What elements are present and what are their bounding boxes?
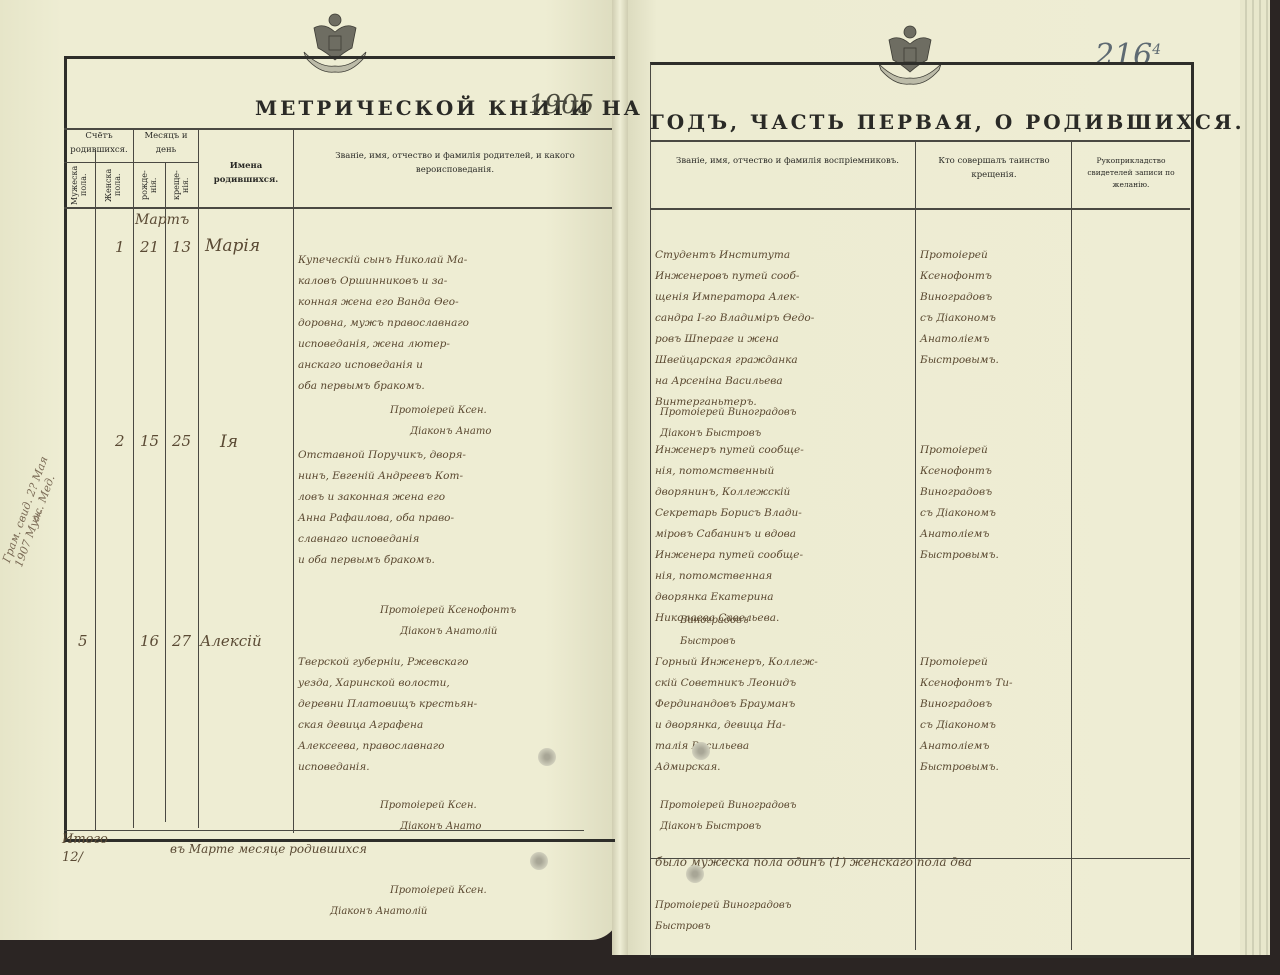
signature: Діаконъ Быстровъ bbox=[660, 816, 860, 837]
text-line: Виноградовъ bbox=[920, 287, 1070, 308]
header-count-group: Счётъ родившихся. bbox=[66, 130, 132, 157]
text-line: Швейцарская гражданка bbox=[655, 350, 913, 371]
header-count-female: Женска пола. bbox=[104, 165, 122, 205]
signature: Протоіерей Ксен. bbox=[390, 400, 590, 421]
open-register-book: 2164 МЕТРИЧЕСКОЙ КНИГИ НА 1905 ГОДЪ, ЧАС… bbox=[0, 0, 1280, 975]
entry-3-birth-day: 16 bbox=[140, 632, 159, 650]
header-names: Имена родившихся. bbox=[200, 160, 292, 187]
signature: Протоіерей Ксен. bbox=[380, 795, 600, 816]
text-line: на Арсеніна Васильева bbox=[655, 371, 913, 392]
text-line: Алексеева, православнаго bbox=[298, 736, 608, 757]
text-line: Тверской губерніи, Ржевскаго bbox=[298, 652, 608, 673]
header-top-rule bbox=[650, 140, 1190, 142]
text-line: міровъ Сабанинъ и вдова bbox=[655, 524, 913, 545]
text-line: Горный Инженеръ, Коллеж- bbox=[655, 652, 913, 673]
text-line: дворянка Екатерина bbox=[655, 587, 913, 608]
entry-2-birth-day: 15 bbox=[140, 432, 159, 450]
text-line: и дворянка, девица На- bbox=[655, 715, 913, 736]
entry-1-count: 1 bbox=[115, 238, 125, 256]
month-label: Мартъ bbox=[135, 212, 189, 228]
text-line: нинъ, Евгеній Андреевъ Кот- bbox=[298, 466, 608, 487]
entry-2-count: 2 bbox=[115, 432, 125, 450]
col-divider bbox=[95, 150, 96, 830]
totals-text-left: въ Марте месяце родившихся bbox=[170, 842, 367, 856]
header-signatures: Рукоприкладство свидетелей записи по жел… bbox=[1073, 155, 1189, 191]
text-line: Анна Рафаилова, оба право- bbox=[298, 508, 608, 529]
entry-3-godparent-signatures: Протоіерей Виноградовъ Діаконъ Быстровъ bbox=[660, 795, 860, 837]
header-parents: Званіе, имя, отчество и фамилія родителе… bbox=[300, 150, 610, 177]
binding-hole bbox=[538, 748, 556, 766]
entry-3-godparents: Горный Инженеръ, Коллеж- скій Советникъ … bbox=[655, 652, 913, 778]
text-line: Купеческій сынъ Николай Ма- bbox=[298, 250, 608, 271]
page-number-suffix: 4 bbox=[1152, 42, 1161, 58]
col-divider bbox=[915, 140, 916, 950]
text-line: доровна, мужъ православнаго bbox=[298, 313, 608, 334]
entry-2-officiant: Протоіерей Ксенофонтъ Виноградовъ съ Діа… bbox=[920, 440, 1070, 566]
signature: Виноградовъ bbox=[680, 610, 880, 631]
entry-3-name: Алексій bbox=[200, 632, 262, 650]
text-line: дворянинъ, Коллежскій bbox=[655, 482, 913, 503]
text-line: Виноградовъ bbox=[920, 482, 1070, 503]
header-bottom-rule bbox=[64, 207, 612, 209]
entry-3-clergy-signatures: Протоіерей Ксен. Діаконъ Анато bbox=[380, 795, 600, 837]
text-line: Адмирская. bbox=[655, 757, 913, 778]
entry-1-parents: Купеческій сынъ Николай Ма- каловъ Оршин… bbox=[298, 250, 608, 397]
text-line: нія, потомственный bbox=[655, 461, 913, 482]
subheader-rule bbox=[64, 162, 198, 163]
entry-1-godparent-signatures: Протоіерей Виноградовъ Діаконъ Быстровъ bbox=[660, 402, 860, 444]
text-line: славнаго исповеданія bbox=[298, 529, 608, 550]
text-line: исповеданія. bbox=[298, 757, 608, 778]
text-line: анскаго исповеданія и bbox=[298, 355, 608, 376]
signature: Протоіерей Виноградовъ bbox=[655, 895, 855, 916]
text-line: Инженеровъ путей сооб- bbox=[655, 266, 913, 287]
text-line: съ Діакономъ bbox=[920, 308, 1070, 329]
signature: Протоіерей Виноградовъ bbox=[660, 795, 860, 816]
text-line: Ксенофонтъ bbox=[920, 266, 1070, 287]
text-line: уезда, Харинской волости, bbox=[298, 673, 608, 694]
entry-2-name: Ія bbox=[220, 432, 238, 452]
signature: Быстровъ bbox=[655, 916, 855, 937]
text-line: Протоіерей bbox=[920, 652, 1070, 673]
text-line: Анатоліемъ bbox=[920, 524, 1070, 545]
col-divider bbox=[133, 128, 134, 828]
text-line: конная жена его Ванда Өео- bbox=[298, 292, 608, 313]
text-line: Студентъ Института bbox=[655, 245, 913, 266]
binding-hole bbox=[692, 742, 710, 760]
totals-clergy-signatures: Протоіерей Ксен. Діаконъ Анатолій bbox=[330, 880, 590, 922]
text-line: ловъ и законная жена его bbox=[298, 487, 608, 508]
entry-2-parents: Отставной Поручикъ, дворя- нинъ, Евгеній… bbox=[298, 445, 608, 571]
entry-1-officiant: Протоіерей Ксенофонтъ Виноградовъ съ Діа… bbox=[920, 245, 1070, 371]
text-line: съ Діакономъ bbox=[920, 503, 1070, 524]
header-count-male: Мужеска пола. bbox=[70, 165, 88, 205]
entry-2-baptism-day: 25 bbox=[172, 432, 191, 450]
entry-3-count: 5 bbox=[78, 632, 88, 650]
totals-label: Итого bbox=[62, 832, 108, 847]
signature: Діаконъ Анатолій bbox=[330, 901, 590, 922]
signature: Протоіерей Ксен. bbox=[390, 880, 590, 901]
text-line: сандра I-го Владиміръ Өедо- bbox=[655, 308, 913, 329]
col-divider bbox=[165, 162, 166, 822]
entry-2-godparent-signatures: Виноградовъ Быстровъ bbox=[680, 610, 880, 652]
header-date-baptism: креще-нія. bbox=[172, 165, 190, 205]
text-line: ровъ Шпераге и жена bbox=[655, 329, 913, 350]
text-line: Секретарь Борисъ Влади- bbox=[655, 503, 913, 524]
entry-1-birth-day: 21 bbox=[140, 238, 159, 256]
text-line: Анатоліемъ bbox=[920, 329, 1070, 350]
entry-1-godparents: Студентъ Института Инженеровъ путей сооб… bbox=[655, 245, 913, 413]
text-line: щенія Императора Алек- bbox=[655, 287, 913, 308]
text-line: Ксенофонтъ bbox=[920, 461, 1070, 482]
text-line: ская девица Аграфена bbox=[298, 715, 608, 736]
signature: Діаконъ Анатолій bbox=[400, 621, 600, 642]
text-line: Анатоліемъ bbox=[920, 736, 1070, 757]
signature: Діаконъ Анато bbox=[410, 421, 590, 442]
signature: Протоіерей Ксенофонтъ bbox=[380, 600, 600, 621]
binding-hole bbox=[686, 865, 704, 883]
binding-hole bbox=[530, 852, 548, 870]
text-line: Отставной Поручикъ, дворя- bbox=[298, 445, 608, 466]
entry-3-parents: Тверской губерніи, Ржевскаго уезда, Хари… bbox=[298, 652, 608, 778]
entry-1-baptism-day: 13 bbox=[172, 238, 191, 256]
signature: Быстровъ bbox=[680, 631, 880, 652]
text-line: оба первымъ бракомъ. bbox=[298, 376, 608, 397]
text-line: скій Советникъ Леонидъ bbox=[655, 673, 913, 694]
text-line: и оба первымъ бракомъ. bbox=[298, 550, 608, 571]
totals-godparent-signatures: Протоіерей Виноградовъ Быстровъ bbox=[655, 895, 855, 937]
text-line: Инженеръ путей сообще- bbox=[655, 440, 913, 461]
text-line: Протоіерей bbox=[920, 440, 1070, 461]
header-date-group: Месяцъ и день bbox=[134, 130, 198, 157]
page-edges bbox=[1240, 0, 1270, 955]
entry-1-name: Марія bbox=[205, 236, 260, 256]
entry-3-baptism-day: 27 bbox=[172, 632, 191, 650]
totals-text-right: было мужеска пола одинъ (1) женскаго пол… bbox=[655, 855, 972, 869]
text-line: Инженера путей сообще- bbox=[655, 545, 913, 566]
header-date-birth: рожде-нія. bbox=[140, 165, 158, 205]
entry-3-officiant: Протоіерей Ксенофонтъ Ти- Виноградовъ съ… bbox=[920, 652, 1070, 778]
margin-check-mark: √ bbox=[32, 508, 42, 527]
text-line: Быстровымъ. bbox=[920, 350, 1070, 371]
entry-2-godparents: Инженеръ путей сообще- нія, потомственны… bbox=[655, 440, 913, 629]
header-officiant: Кто совершалъ таинство крещенія. bbox=[920, 155, 1068, 182]
text-line: каловъ Оршинниковъ и за- bbox=[298, 271, 608, 292]
totals-number: 12/ bbox=[62, 850, 83, 865]
text-line: Быстровымъ. bbox=[920, 757, 1070, 778]
col-divider bbox=[198, 128, 199, 828]
text-line: Протоіерей bbox=[920, 245, 1070, 266]
header-godparents: Званіе, имя, отчество и фамилія воспріем… bbox=[665, 155, 910, 169]
text-line: деревни Платовищъ крестьян- bbox=[298, 694, 608, 715]
text-line: съ Діакономъ bbox=[920, 715, 1070, 736]
entry-1-clergy-signatures: Протоіерей Ксен. Діаконъ Анато bbox=[390, 400, 590, 442]
signature: Діаконъ Анато bbox=[400, 816, 600, 837]
entry-2-clergy-signatures: Протоіерей Ксенофонтъ Діаконъ Анатолій bbox=[380, 600, 600, 642]
text-line: Быстровымъ. bbox=[920, 545, 1070, 566]
text-line: Виноградовъ bbox=[920, 694, 1070, 715]
text-line: исповеданія, жена лютер- bbox=[298, 334, 608, 355]
header-bottom-rule bbox=[650, 208, 1190, 210]
col-divider bbox=[1071, 140, 1072, 950]
text-line: Фердинандовъ Брауманъ bbox=[655, 694, 913, 715]
signature: Протоіерей Виноградовъ bbox=[660, 402, 860, 423]
text-line: нія, потомственная bbox=[655, 566, 913, 587]
col-divider bbox=[293, 128, 294, 833]
text-line: Ксенофонтъ Ти- bbox=[920, 673, 1070, 694]
